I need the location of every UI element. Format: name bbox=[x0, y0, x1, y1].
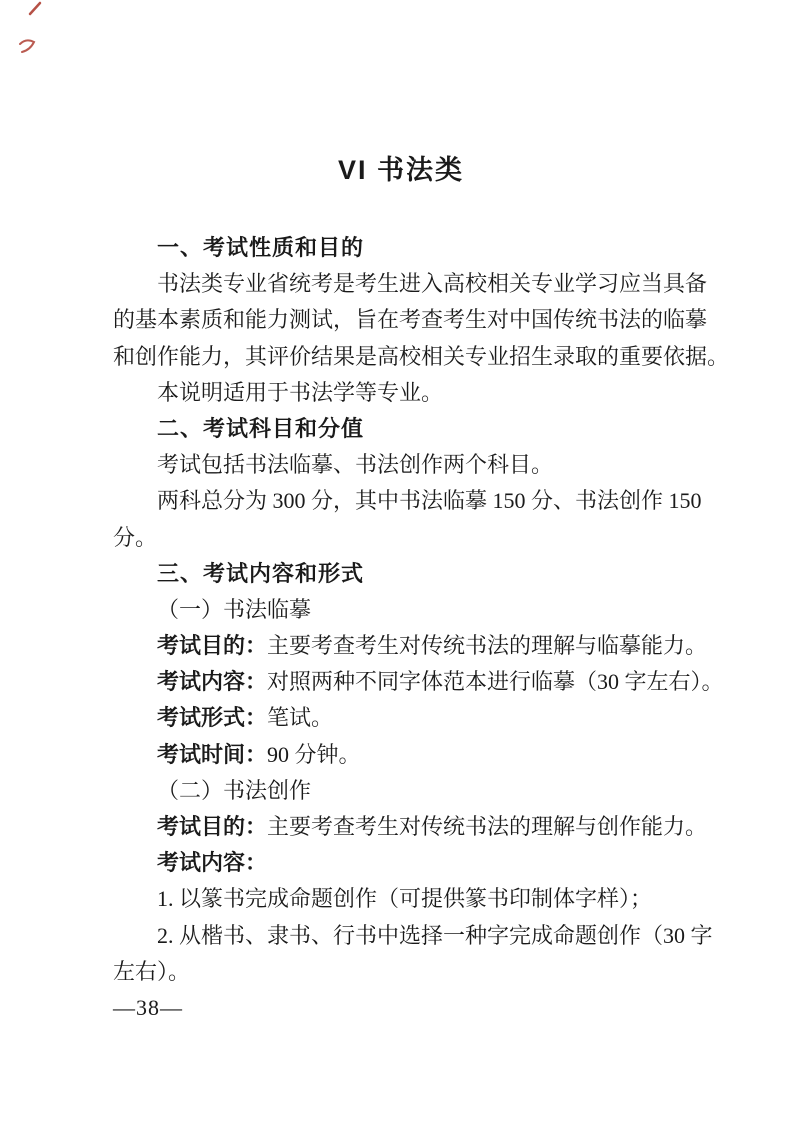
field-label: 考试内容： bbox=[157, 850, 267, 875]
text-line: 分。 bbox=[113, 520, 689, 556]
text-line: 1. 以篆书完成命题创作（可提供篆书印制体字样）； bbox=[113, 881, 689, 917]
section-heading: 一、考试性质和目的 bbox=[113, 230, 689, 266]
field-label: 考试目的： bbox=[157, 814, 267, 839]
text-line: 书法类专业省统考是考生进入高校相关专业学习应当具备 bbox=[113, 266, 689, 302]
field-label: 考试形式： bbox=[157, 705, 267, 730]
text-line: 考试内容：对照两种不同字体范本进行临摹（30 字左右）。 bbox=[113, 664, 689, 700]
text-line: 两科总分为 300 分，其中书法临摹 150 分、书法创作 150 bbox=[113, 483, 689, 519]
section-heading: 三、考试内容和形式 bbox=[113, 556, 689, 592]
text-line: 考试时间：90 分钟。 bbox=[113, 737, 689, 773]
document-page: VI 书法类 一、考试性质和目的书法类专业省统考是考生进入高校相关专业学习应当具… bbox=[0, 0, 799, 1131]
text-line: 考试包括书法临摹、书法创作两个科目。 bbox=[113, 447, 689, 483]
pen-mark-icon bbox=[12, 0, 72, 70]
text-line: 的基本素质和能力测试，旨在考查考生对中国传统书法的临摹 bbox=[113, 302, 689, 338]
text-line: 和创作能力，其评价结果是高校相关专业招生录取的重要依据。 bbox=[113, 339, 689, 375]
document-lines: 一、考试性质和目的书法类专业省统考是考生进入高校相关专业学习应当具备的基本素质和… bbox=[113, 230, 689, 1026]
text-line: （二）书法创作 bbox=[113, 773, 689, 809]
text-line: 考试形式：笔试。 bbox=[113, 700, 689, 736]
text-line: 考试目的：主要考查考生对传统书法的理解与临摹能力。 bbox=[113, 628, 689, 664]
document-content: VI 书法类 一、考试性质和目的书法类专业省统考是考生进入高校相关专业学习应当具… bbox=[113, 152, 689, 1026]
field-label: 考试时间： bbox=[157, 742, 267, 767]
text-line: 2. 从楷书、隶书、行书中选择一种字完成命题创作（30 字 bbox=[113, 918, 689, 954]
page-number: —38— bbox=[113, 990, 689, 1026]
field-label: 考试目的： bbox=[157, 633, 267, 658]
text-line: 左右）。 bbox=[113, 954, 689, 990]
text-line: 考试目的：主要考查考生对传统书法的理解与创作能力。 bbox=[113, 809, 689, 845]
page-title: VI 书法类 bbox=[113, 152, 689, 188]
section-heading: 二、考试科目和分值 bbox=[113, 411, 689, 447]
field-label: 考试内容： bbox=[157, 669, 267, 694]
text-line: 本说明适用于书法学等专业。 bbox=[113, 375, 689, 411]
text-line: 考试内容： bbox=[113, 845, 689, 881]
text-line: （一）书法临摹 bbox=[113, 592, 689, 628]
